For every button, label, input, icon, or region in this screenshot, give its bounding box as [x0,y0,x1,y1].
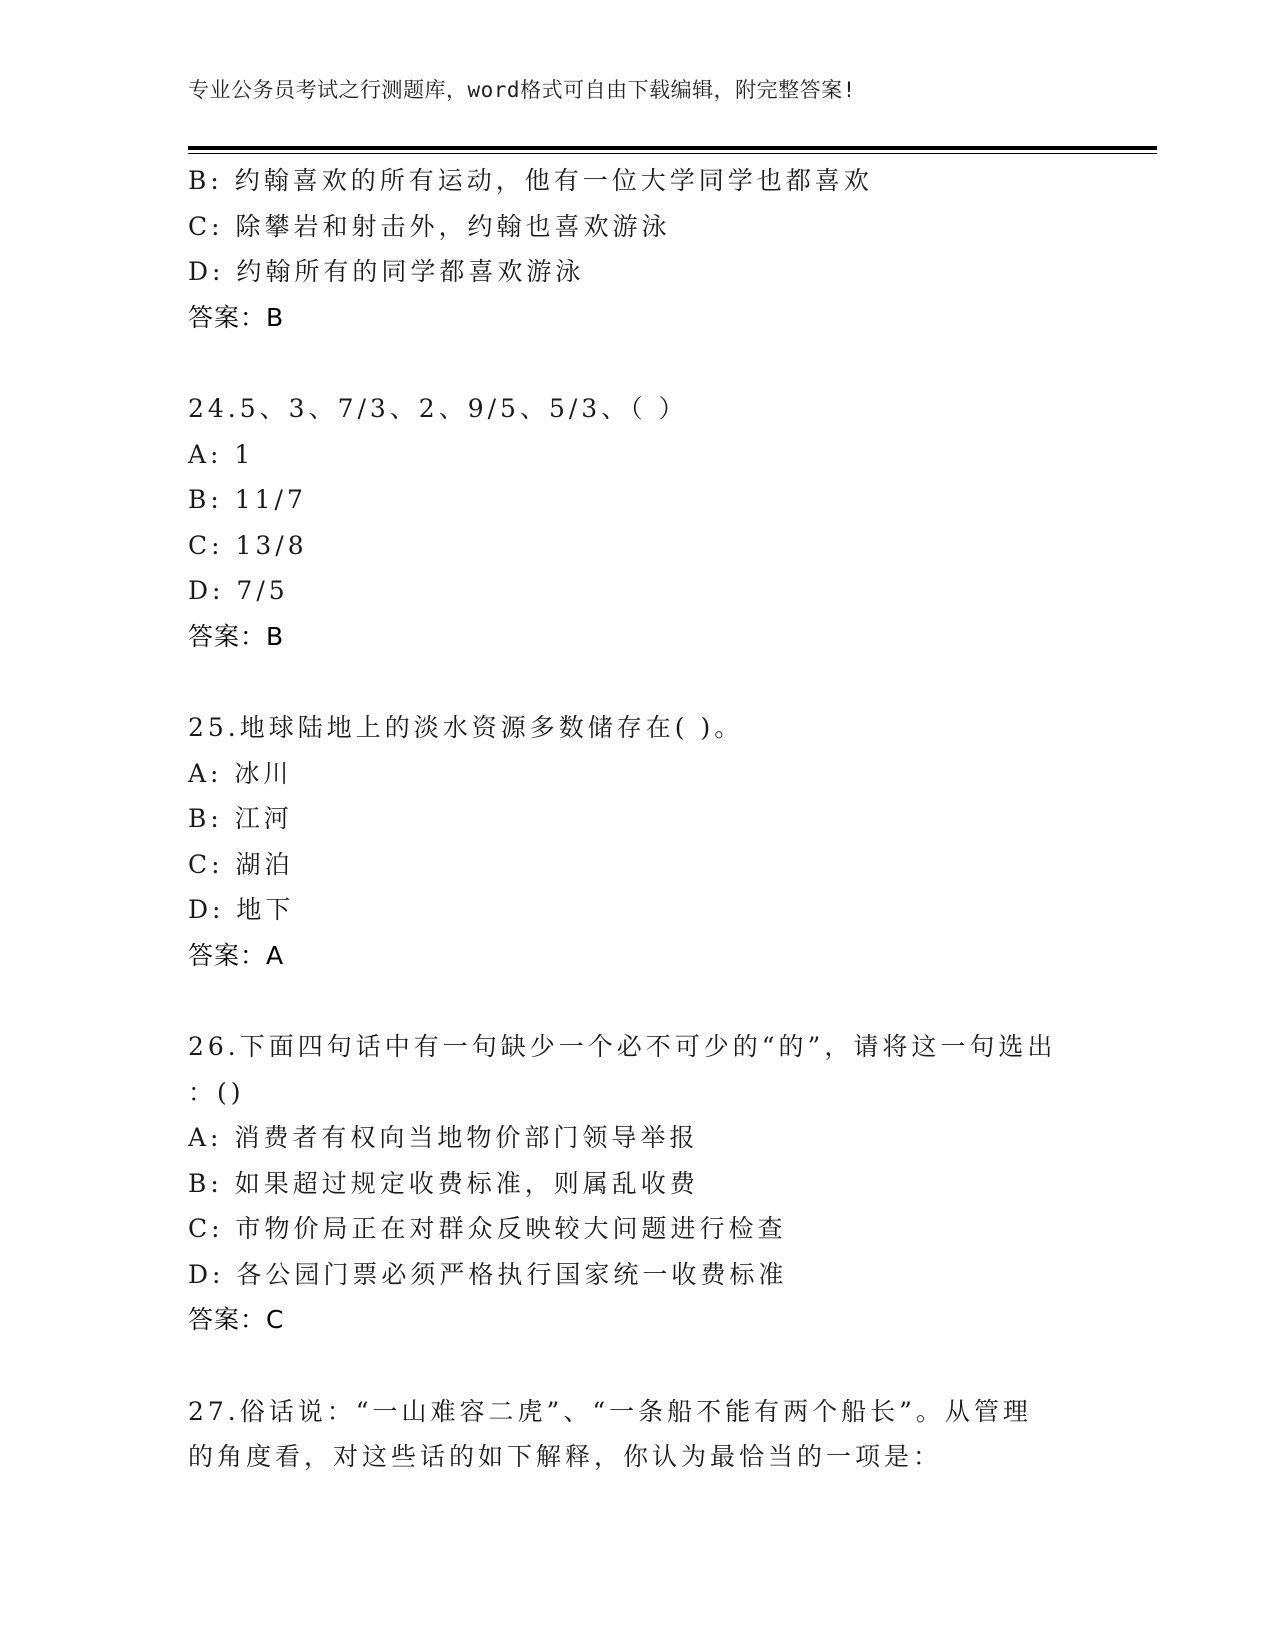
option-a: A: 1 [188,432,1088,478]
answer-line: 答案：B [188,614,1088,660]
option-b: B: 江河 [188,796,1088,842]
question-23-continued: B: 约翰喜欢的所有运动，他有一位大学同学也都喜欢 C: 除攀岩和射击外，约翰也… [188,158,1088,340]
question-stem: 26.下面四句话中有一句缺少一个必不可少的“的”，请将这一句选出 [188,1024,1088,1070]
question-list: B: 约翰喜欢的所有运动，他有一位大学同学也都喜欢 C: 除攀岩和射击外，约翰也… [188,158,1088,1480]
option-a: A: 冰川 [188,751,1088,797]
document-page: 专业公务员考试之行测题库，word格式可自由下载编辑，附完整答案! B: 约翰喜… [0,0,1275,1650]
option-c: C: 市物价局正在对群众反映较大问题进行检查 [188,1206,1088,1252]
question-stem-cont: ：() [188,1070,1088,1116]
page-header: 专业公务员考试之行测题库，word格式可自由下载编辑，附完整答案! [188,74,856,104]
option-d: D: 约翰所有的同学都喜欢游泳 [188,249,1088,295]
option-a: A: 消费者有权向当地物价部门领导举报 [188,1115,1088,1161]
option-d: D: 各公园门票必须严格执行国家统一收费标准 [188,1252,1088,1298]
header-rule-thin [188,153,1157,154]
question-26: 26.下面四句话中有一句缺少一个必不可少的“的”，请将这一句选出 ：() A: … [188,1024,1088,1343]
header-rule-thick [188,146,1157,150]
option-b: B: 约翰喜欢的所有运动，他有一位大学同学也都喜欢 [188,158,1088,204]
question-stem: 24.5、3、7/3、2、9/5、5/3、（ ） [188,386,1088,432]
option-b: B: 11/7 [188,477,1088,523]
answer-line: 答案：A [188,933,1088,979]
option-d: D: 7/5 [188,568,1088,614]
spacer [188,659,1088,705]
question-stem: 27.俗话说：“一山难容二虎”、“一条船不能有两个船长”。从管理 [188,1389,1088,1435]
option-c: C: 除攀岩和射击外，约翰也喜欢游泳 [188,204,1088,250]
spacer [188,1343,1088,1389]
question-24: 24.5、3、7/3、2、9/5、5/3、（ ） A: 1 B: 11/7 C:… [188,386,1088,659]
option-c: C: 13/8 [188,523,1088,569]
question-stem: 25.地球陆地上的淡水资源多数储存在( )。 [188,705,1088,751]
spacer [188,340,1088,386]
answer-line: 答案：B [188,295,1088,341]
question-stem-cont: 的角度看，对这些话的如下解释，你认为最恰当的一项是： [188,1434,1088,1480]
question-27: 27.俗话说：“一山难容二虎”、“一条船不能有两个船长”。从管理 的角度看，对这… [188,1389,1088,1480]
spacer [188,978,1088,1024]
question-25: 25.地球陆地上的淡水资源多数储存在( )。 A: 冰川 B: 江河 C: 湖泊… [188,705,1088,978]
answer-line: 答案：C [188,1297,1088,1343]
option-d: D: 地下 [188,887,1088,933]
option-b: B: 如果超过规定收费标准，则属乱收费 [188,1161,1088,1207]
option-c: C: 湖泊 [188,842,1088,888]
